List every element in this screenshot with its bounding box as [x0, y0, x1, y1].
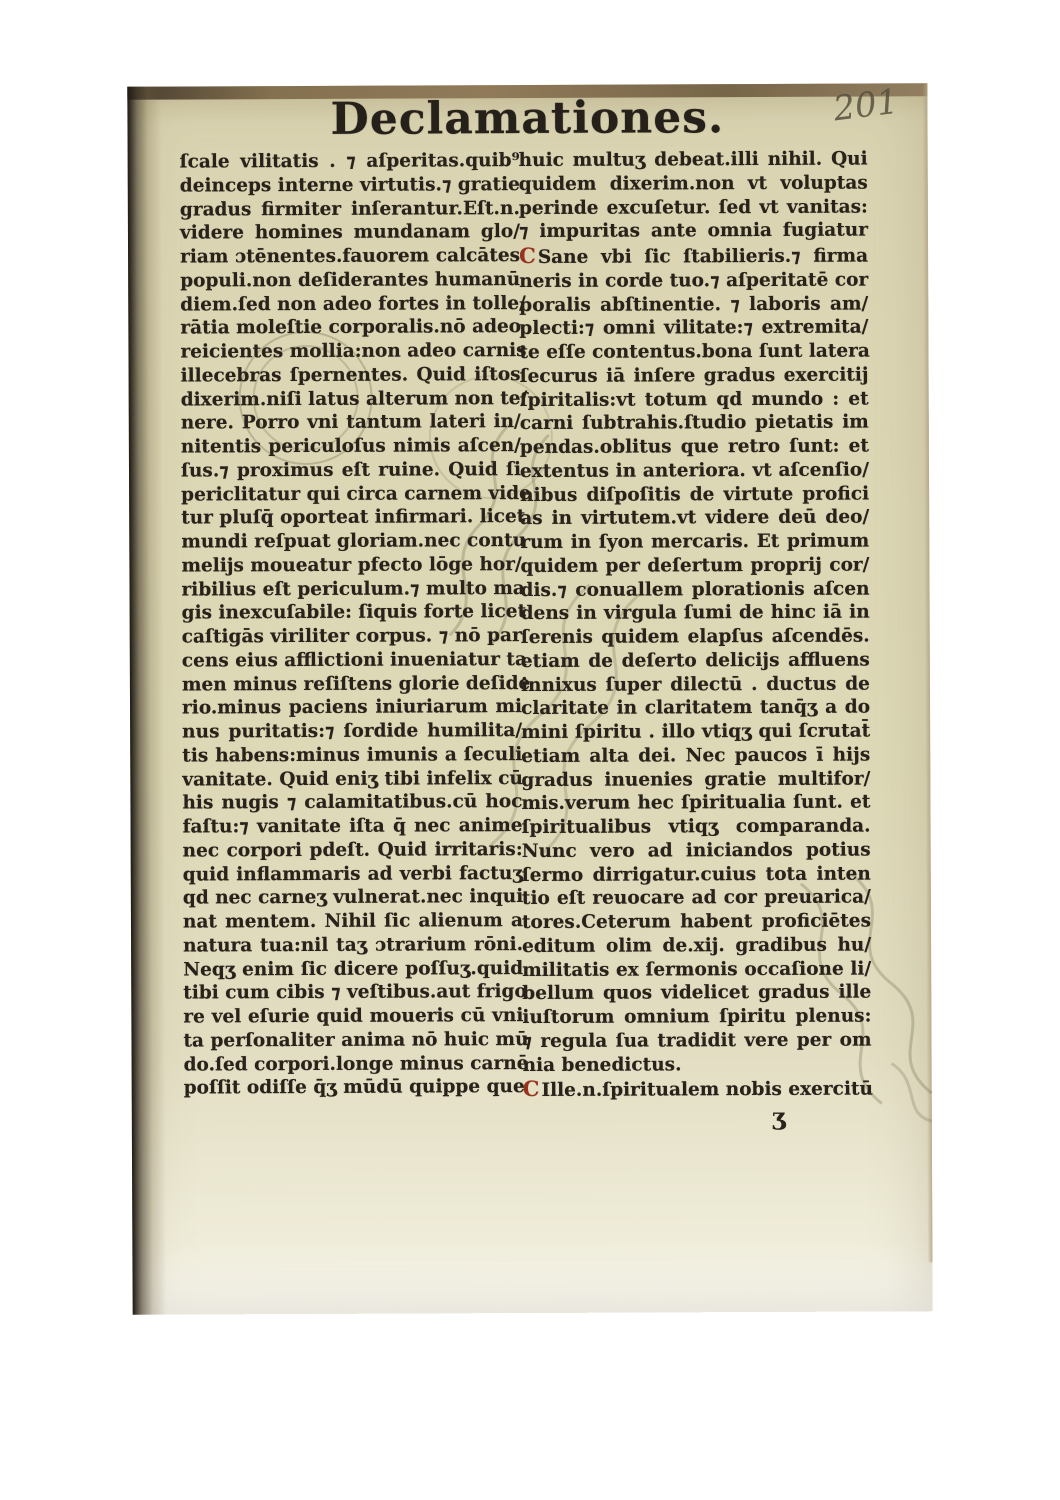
text-line: ⁊ regula ſua tradidit vere per om — [522, 1028, 871, 1053]
text-line: rio.minus paciens iniuriarum mi — [182, 695, 522, 720]
text-line: ſcale vilitatis . ⁊ aſperitas.quib⁹ — [180, 149, 520, 174]
text-line: caſtigās viriliter corpus. ⁊ nō par — [182, 624, 522, 649]
text-block: ſcale vilitatis . ⁊ aſperitas.quib⁹deinc… — [128, 147, 928, 150]
text-line: poralis abſtinentie. ⁊ laboris am/ — [519, 292, 868, 317]
text-line: CIlle.n.ſpiritualem nobis exercitū — [523, 1076, 872, 1103]
text-line: nus puritatis:⁊ ſordide humilita/ — [182, 719, 522, 744]
text-line: tores.Ceterum habent proficiētes — [522, 910, 871, 935]
text-line: dixerim.niſi latus alterum non te/ — [181, 387, 521, 412]
text-line: do.ſed corpori.longe minus carnē — [184, 1052, 524, 1077]
gutter-shadow — [127, 87, 166, 1315]
text-line: ſecurus iā inſere gradus exercitij — [520, 363, 869, 388]
text-line: militatis ex ſermonis occaſione li/ — [522, 957, 871, 982]
text-line: ſpiritalis:vt totum qd mundo : et — [520, 387, 869, 412]
text-line: diem.ſed non adeo fortes in tolle/ — [180, 292, 520, 317]
text-line: riam ɔtēnentes.fauorem calcātes — [180, 244, 520, 269]
text-line: etiam alta dei. Nec paucos ī hijs — [521, 743, 870, 768]
text-line: gis inexcuſabile: ſiquis forte licet — [182, 600, 522, 625]
text-line: melijs moueatur pfecto lōge hor/ — [181, 553, 521, 578]
text-line: men minus reſiſtens glorie deſide — [182, 672, 522, 697]
text-line: videre homines mundanam glo/ — [180, 220, 520, 245]
text-line: his nugis ⁊ calamitatibus.cū hoc — [182, 790, 522, 815]
text-line: ⁊ impuritas ante omnia fugiatur — [519, 219, 868, 244]
text-line: deinceps interne virtutis.⁊ gratie — [180, 173, 520, 198]
text-line: vanitate. Quid eniʒ tibi infelix cū — [182, 767, 522, 792]
text-line: tibi cum cibis ⁊ veſtibus.aut frigo — [183, 980, 523, 1005]
text-line: reicientes mollia:non adeo carnis — [180, 339, 520, 364]
text-line: poſſit odiſſe q̄ʒ mūdū quippe que — [184, 1075, 524, 1100]
catchword-mark: ʒ — [772, 1102, 786, 1131]
text-line: natura tua:nil taʒ ɔtrarium rōni. — [183, 933, 523, 958]
text-line: dens in virgula ſumi de hinc iā in — [521, 601, 870, 626]
text-line: nibus diſpoſitis de virtute profici — [520, 482, 869, 507]
text-line: quid inflammaris ad verbi factuʒ — [183, 862, 523, 887]
text-line: tur pluſq̄ oporteat infirmari. licet — [181, 505, 521, 530]
fore-edge-shadow — [922, 83, 932, 1262]
text-line: rātia moleſtie corporalis.nō adeo — [180, 315, 520, 340]
text-line: ta perſonaliter anima nō huic mū — [183, 1028, 523, 1053]
text-line: nia benedictus. — [523, 1052, 872, 1077]
text-line: faſtu:⁊ vanitate iſta q̄ nec anime — [183, 814, 523, 839]
text-line: ſerenis quidem elapſus aſcendēs. — [521, 625, 870, 650]
text-column-left: ſcale vilitatis . ⁊ aſperitas.quib⁹deinc… — [180, 149, 524, 1100]
text-line: mini ſpiritu . illo vtiqʒ qui ſcrutat̄ — [521, 720, 870, 745]
text-line: qd nec carneʒ vulnerat.nec inqui — [183, 885, 523, 910]
text-line: innixus ſuper dilectū . ductus de — [521, 672, 870, 697]
text-line: extentus in anteriora. vt aſcenſio/ — [520, 458, 869, 483]
folio-number: 201 — [831, 82, 900, 130]
text-line: CSane vbi ſic ſtabilieris.⁊ firma — [519, 243, 868, 270]
scan-background: Declamationes. 201 ſcale vilitatis . ⁊ a… — [0, 0, 1060, 1500]
text-line: as in virtutem.vt videre deū deo/ — [520, 506, 869, 531]
text-line: bellum quos videlicet gradus ille — [522, 981, 871, 1006]
text-line: mis.verum hec ſpiritualia ſunt. et — [521, 791, 870, 816]
text-line: dis.⁊ conuallem plorationis aſcen — [520, 577, 869, 602]
text-line: perinde excuſetur. ſed vt vanitas: — [519, 195, 868, 220]
text-line: ſermo dirrigatur.cuius tota inten — [522, 862, 871, 887]
text-line: rum in ſyon mercaris. Et primum — [520, 530, 869, 555]
text-line: quidem dixerim.non vt voluptas — [519, 171, 868, 196]
page-scan: Declamationes. 201 ſcale vilitatis . ⁊ a… — [127, 83, 932, 1314]
text-line: claritate in claritatem tanq̄ʒ a do — [521, 696, 870, 721]
text-line: plecti:⁊ omni vilitate:⁊ extremita/ — [519, 316, 868, 341]
text-line: ſpiritualibus vtiqʒ comparanda. — [522, 815, 871, 840]
text-line: periclitatur qui circa carnem vide — [181, 482, 521, 507]
text-line: etiam de deſerto delicijs affluens — [521, 648, 870, 673]
text-line: editum olim de.xij. gradibus hu/ — [522, 933, 871, 958]
text-line: mundi reſpuat gloriam.nec contu — [181, 529, 521, 554]
text-line: nitentis periculoſus nimis aſcen/ — [181, 434, 521, 459]
text-line: neris in corde tuo.⁊ aſperitatē cor — [519, 268, 868, 293]
text-line: cens eius afflictioni inueniatur ta — [182, 648, 522, 673]
text-line: ſus.⁊ proximus eſt ruine. Quid ſi — [181, 458, 521, 483]
text-line: gradus inuenies gratie multifor/ — [521, 767, 870, 792]
text-line: re vel eſurie quid moueris cū vni — [183, 1004, 523, 1029]
text-line: tio eſt reuocare ad cor preuarica/ — [522, 886, 871, 911]
page-title: Declamationes. — [127, 91, 927, 145]
text-line: gradus firmiter inſerantur.Eſt.n. — [180, 197, 520, 222]
text-line: illecebras ſpernentes. Quid iſtos — [181, 363, 521, 388]
text-line: populi.non deſiderantes humanū — [180, 268, 520, 293]
text-line: huic multuʒ debeat.illi nihil. Qui — [519, 148, 868, 173]
text-line: nec corpori pdeſt. Quid irritaris: — [183, 838, 523, 863]
text-line: Neqʒ enim ſic dicere poſſuʒ.quid — [183, 957, 523, 982]
rubric-pilcrow: C — [523, 1076, 542, 1101]
text-line: nat mentem. Nihil ſic alienum a — [183, 909, 523, 934]
text-line: iuſtorum omnium ſpiritu plenus: — [522, 1005, 871, 1030]
text-line: quidem per deſertum proprij cor/ — [520, 553, 869, 578]
text-line: ribilius eſt periculum.⁊ multo ma — [181, 577, 521, 602]
rubric-pilcrow: C — [519, 243, 538, 268]
text-line: Nunc vero ad iniciandos potius — [522, 838, 871, 863]
text-column-right: huic multuʒ debeat.illi nihil. Quiquidem… — [519, 148, 872, 1104]
text-line: carni ſubtrahis.ſtudio pietatis im — [520, 411, 869, 436]
text-line: te eſſe contentus.bona ſunt latera — [519, 340, 868, 365]
text-line: tis habens:minus imunis a ſeculi — [182, 743, 522, 768]
text-line: nere. Porro vni tantum lateri in/ — [181, 410, 521, 435]
text-line: pendas.oblitus que retro ſunt: et — [520, 435, 869, 460]
